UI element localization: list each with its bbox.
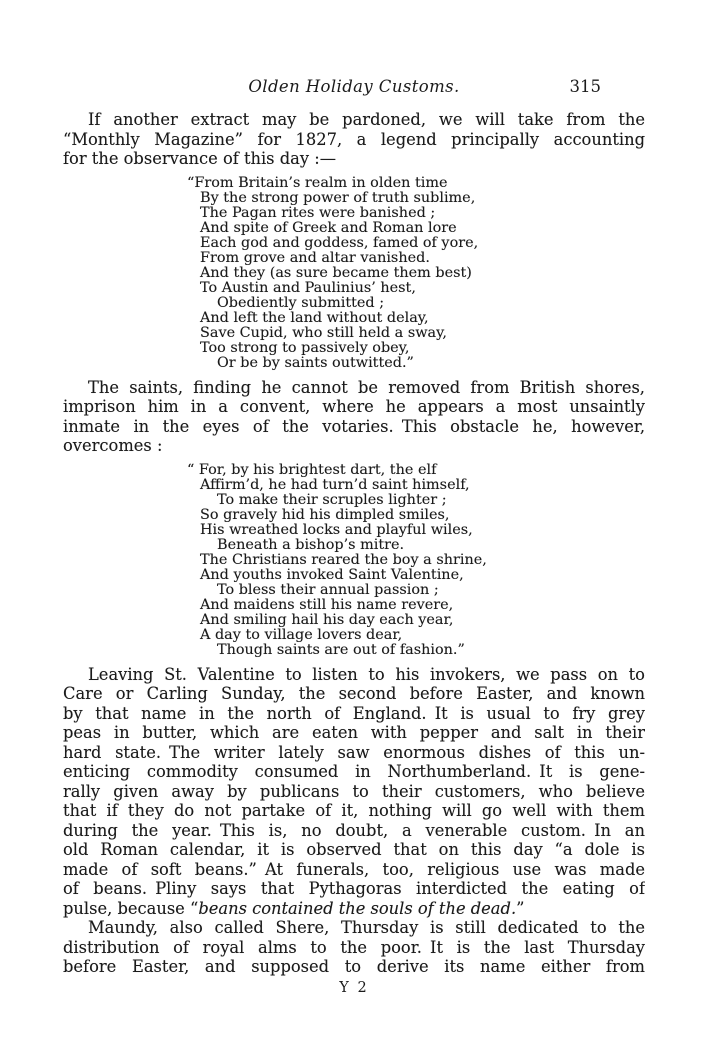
text-line: that if they do not partake of it, nothi… — [63, 801, 645, 821]
text-line: Leaving St. Valentine to listen to his i… — [63, 665, 645, 685]
text-segment: “ For, by his brightest dart, the elf — [187, 462, 436, 478]
paragraph: The saints, finding he cannot be removed… — [63, 378, 645, 456]
verse-line: By the strong power of truth sublime, — [200, 191, 645, 206]
text-segment: From grove and altar vanished. — [200, 250, 430, 266]
text-segment: To make their scruples lighter ; — [217, 492, 447, 508]
text-segment: By the strong power of truth sublime, — [200, 190, 475, 206]
text-segment: rally given away by publicans to their c… — [63, 782, 645, 801]
text-segment: The Pagan rites were banished ; — [200, 205, 435, 221]
text-line: pulse, because “beans contained the soul… — [63, 899, 645, 919]
text-segment: And youths invoked Saint Valentine, — [200, 567, 464, 583]
signature-mark: Y 2 — [63, 980, 645, 996]
text-block: Olden Holiday Customs. 315 If another ex… — [63, 76, 645, 996]
text-segment: during the year. This is, no doubt, a ve… — [63, 821, 645, 840]
text-line: The saints, finding he cannot be removed… — [63, 378, 645, 398]
text-segment: enticing commodity consumed in Northumbe… — [63, 762, 645, 781]
text-segment: Though saints are out of fashion.” — [217, 642, 465, 658]
text-line: overcomes : — [63, 436, 645, 456]
text-segment: To bless their annual passion ; — [217, 582, 439, 598]
verse-line: So gravely hid his dimpled smiles, — [200, 508, 645, 523]
scanned-book-page: Olden Holiday Customs. 315 If another ex… — [0, 0, 707, 1044]
text-segment: And maidens still his name revere, — [200, 597, 453, 613]
text-segment: Obediently submitted ; — [217, 295, 384, 311]
text-line: before Easter, and supposed to derive it… — [63, 957, 645, 977]
text-line: hard state. The writer lately saw enormo… — [63, 743, 645, 763]
text-segment: A day to village lovers dear, — [200, 627, 402, 643]
paragraph: Maundy, also called Shere, Thursday is s… — [63, 918, 645, 977]
text-segment: His wreathed locks and playful wiles, — [200, 522, 473, 538]
verse-line: Beneath a bishop’s mitre. — [200, 538, 645, 553]
text-segment: Each god and goddess, famed of yore, — [200, 235, 478, 251]
verse-line: The Christians reared the boy a shrine, — [200, 553, 645, 568]
text-segment: The Christians reared the boy a shrine, — [200, 552, 487, 568]
text-line: peas in butter, which are eaten with pep… — [63, 723, 645, 743]
running-header: Olden Holiday Customs. 315 — [63, 76, 645, 97]
verse-line: And maidens still his name revere, — [200, 598, 645, 613]
verse-line: And smiling hail his day each year, — [200, 613, 645, 628]
text-segment: hard state. The writer lately saw enormo… — [63, 743, 645, 762]
paragraph: Leaving St. Valentine to listen to his i… — [63, 665, 645, 919]
text-segment: And left the land without delay, — [200, 310, 429, 326]
text-line: rally given away by publicans to their c… — [63, 782, 645, 802]
text-line: enticing commodity consumed in Northumbe… — [63, 762, 645, 782]
text-segment: If another extract may be pardoned, we w… — [88, 110, 645, 129]
verse-line: And they (as sure became them best) — [200, 266, 645, 281]
verse-line: The Pagan rites were banished ; — [200, 206, 645, 221]
verse-line: Too strong to passively obey, — [200, 341, 645, 356]
verse-line: Save Cupid, who still held a sway, — [200, 326, 645, 341]
text-segment: Or be by saints outwitted.” — [217, 355, 414, 371]
text-segment: Affirm’d, he had turn’d saint himself, — [200, 477, 470, 493]
text-segment: for the observance of this day :— — [63, 149, 336, 168]
text-line: by that name in the north of England. It… — [63, 704, 645, 724]
verse-line: Though saints are out of fashion.” — [200, 643, 645, 658]
verse-line: A day to village lovers dear, — [200, 628, 645, 643]
verse-line: Obediently submitted ; — [200, 296, 645, 311]
text-segment: To Austin and Paulinius’ hest, — [200, 280, 416, 296]
text-segment: “From Britain’s realm in olden time — [187, 175, 448, 191]
verse-block: “ For, by his brightest dart, the elfAff… — [200, 463, 645, 658]
verse-line: And youths invoked Saint Valentine, — [200, 568, 645, 583]
text-segment: Beneath a bishop’s mitre. — [217, 537, 404, 553]
text-segment: “Monthly Magazine” for 1827, a legend pr… — [63, 130, 645, 149]
text-segment: imprison him in a convent, where he appe… — [63, 397, 645, 416]
page-number: 315 — [570, 76, 602, 97]
text-line: for the observance of this day :— — [63, 149, 645, 169]
text-segment: Save Cupid, who still held a sway, — [200, 325, 447, 341]
text-line: “Monthly Magazine” for 1827, a legend pr… — [63, 130, 645, 150]
text-line: during the year. This is, no doubt, a ve… — [63, 821, 645, 841]
verse-line: Each god and goddess, famed of yore, — [200, 236, 645, 251]
verse-line: “From Britain’s realm in olden time — [200, 176, 645, 191]
verse-line: Affirm’d, he had turn’d saint himself, — [200, 478, 645, 493]
text-line: distribution of royal alms to the poor. … — [63, 938, 645, 958]
text-segment: And they (as sure became them best) — [200, 265, 472, 281]
text-segment: that if they do not partake of it, nothi… — [63, 801, 645, 820]
text-segment: peas in butter, which are eaten with pep… — [63, 723, 645, 742]
text-segment: old Roman calendar, it is observed that … — [63, 840, 645, 859]
text-segment: And smiling hail his day each year, — [200, 612, 453, 628]
text-segment: Too strong to passively obey, — [200, 340, 409, 356]
text-segment: before Easter, and supposed to derive it… — [63, 957, 645, 976]
paragraph: If another extract may be pardoned, we w… — [63, 110, 645, 169]
text-segment: overcomes : — [63, 436, 162, 455]
text-line: inmate in the eyes of the votaries. This… — [63, 417, 645, 437]
text-segment: Maundy, also called Shere, Thursday is s… — [88, 918, 645, 937]
text-segment: distribution of royal alms to the poor. … — [63, 938, 645, 957]
text-line: old Roman calendar, it is observed that … — [63, 840, 645, 860]
text-line: imprison him in a convent, where he appe… — [63, 397, 645, 417]
verse-line: Or be by saints outwitted.” — [200, 356, 645, 371]
text-line: If another extract may be pardoned, we w… — [63, 110, 645, 130]
text-line: of beans. Pliny says that Pythagoras int… — [63, 879, 645, 899]
text-line: Care or Carling Sunday, the second befor… — [63, 684, 645, 704]
text-segment: Leaving St. Valentine to listen to his i… — [88, 665, 645, 684]
verse-line: To bless their annual passion ; — [200, 583, 645, 598]
text-segment: The saints, finding he cannot be removed… — [88, 378, 645, 397]
text-line: Maundy, also called Shere, Thursday is s… — [63, 918, 645, 938]
verse-line: To Austin and Paulinius’ hest, — [200, 281, 645, 296]
text-segment: Care or Carling Sunday, the second befor… — [63, 684, 645, 703]
italic-quote-text: beans contained the souls of the dead. — [198, 899, 516, 918]
text-segment: of beans. Pliny says that Pythagoras int… — [63, 879, 645, 898]
text-segment: by that name in the north of England. It… — [63, 704, 645, 723]
verse-line: And left the land without delay, — [200, 311, 645, 326]
text-segment: inmate in the eyes of the votaries. This… — [63, 417, 645, 436]
text-line: made of soft beans.” At funerals, too, r… — [63, 860, 645, 880]
verse-block: “From Britain’s realm in olden timeBy th… — [200, 176, 645, 371]
verse-line: His wreathed locks and playful wiles, — [200, 523, 645, 538]
text-segment: made of soft beans.” At funerals, too, r… — [63, 860, 645, 879]
verse-line: To make their scruples lighter ; — [200, 493, 645, 508]
text-segment: And spite of Greek and Roman lore — [200, 220, 457, 236]
text-segment: pulse, because “ — [63, 899, 198, 918]
verse-line: “ For, by his brightest dart, the elf — [200, 463, 645, 478]
verse-line: From grove and altar vanished. — [200, 251, 645, 266]
page-content: If another extract may be pardoned, we w… — [63, 110, 645, 977]
running-header-title: Olden Holiday Customs. — [63, 76, 645, 97]
text-segment: So gravely hid his dimpled smiles, — [200, 507, 450, 523]
text-segment: ” — [516, 899, 524, 918]
verse-line: And spite of Greek and Roman lore — [200, 221, 645, 236]
